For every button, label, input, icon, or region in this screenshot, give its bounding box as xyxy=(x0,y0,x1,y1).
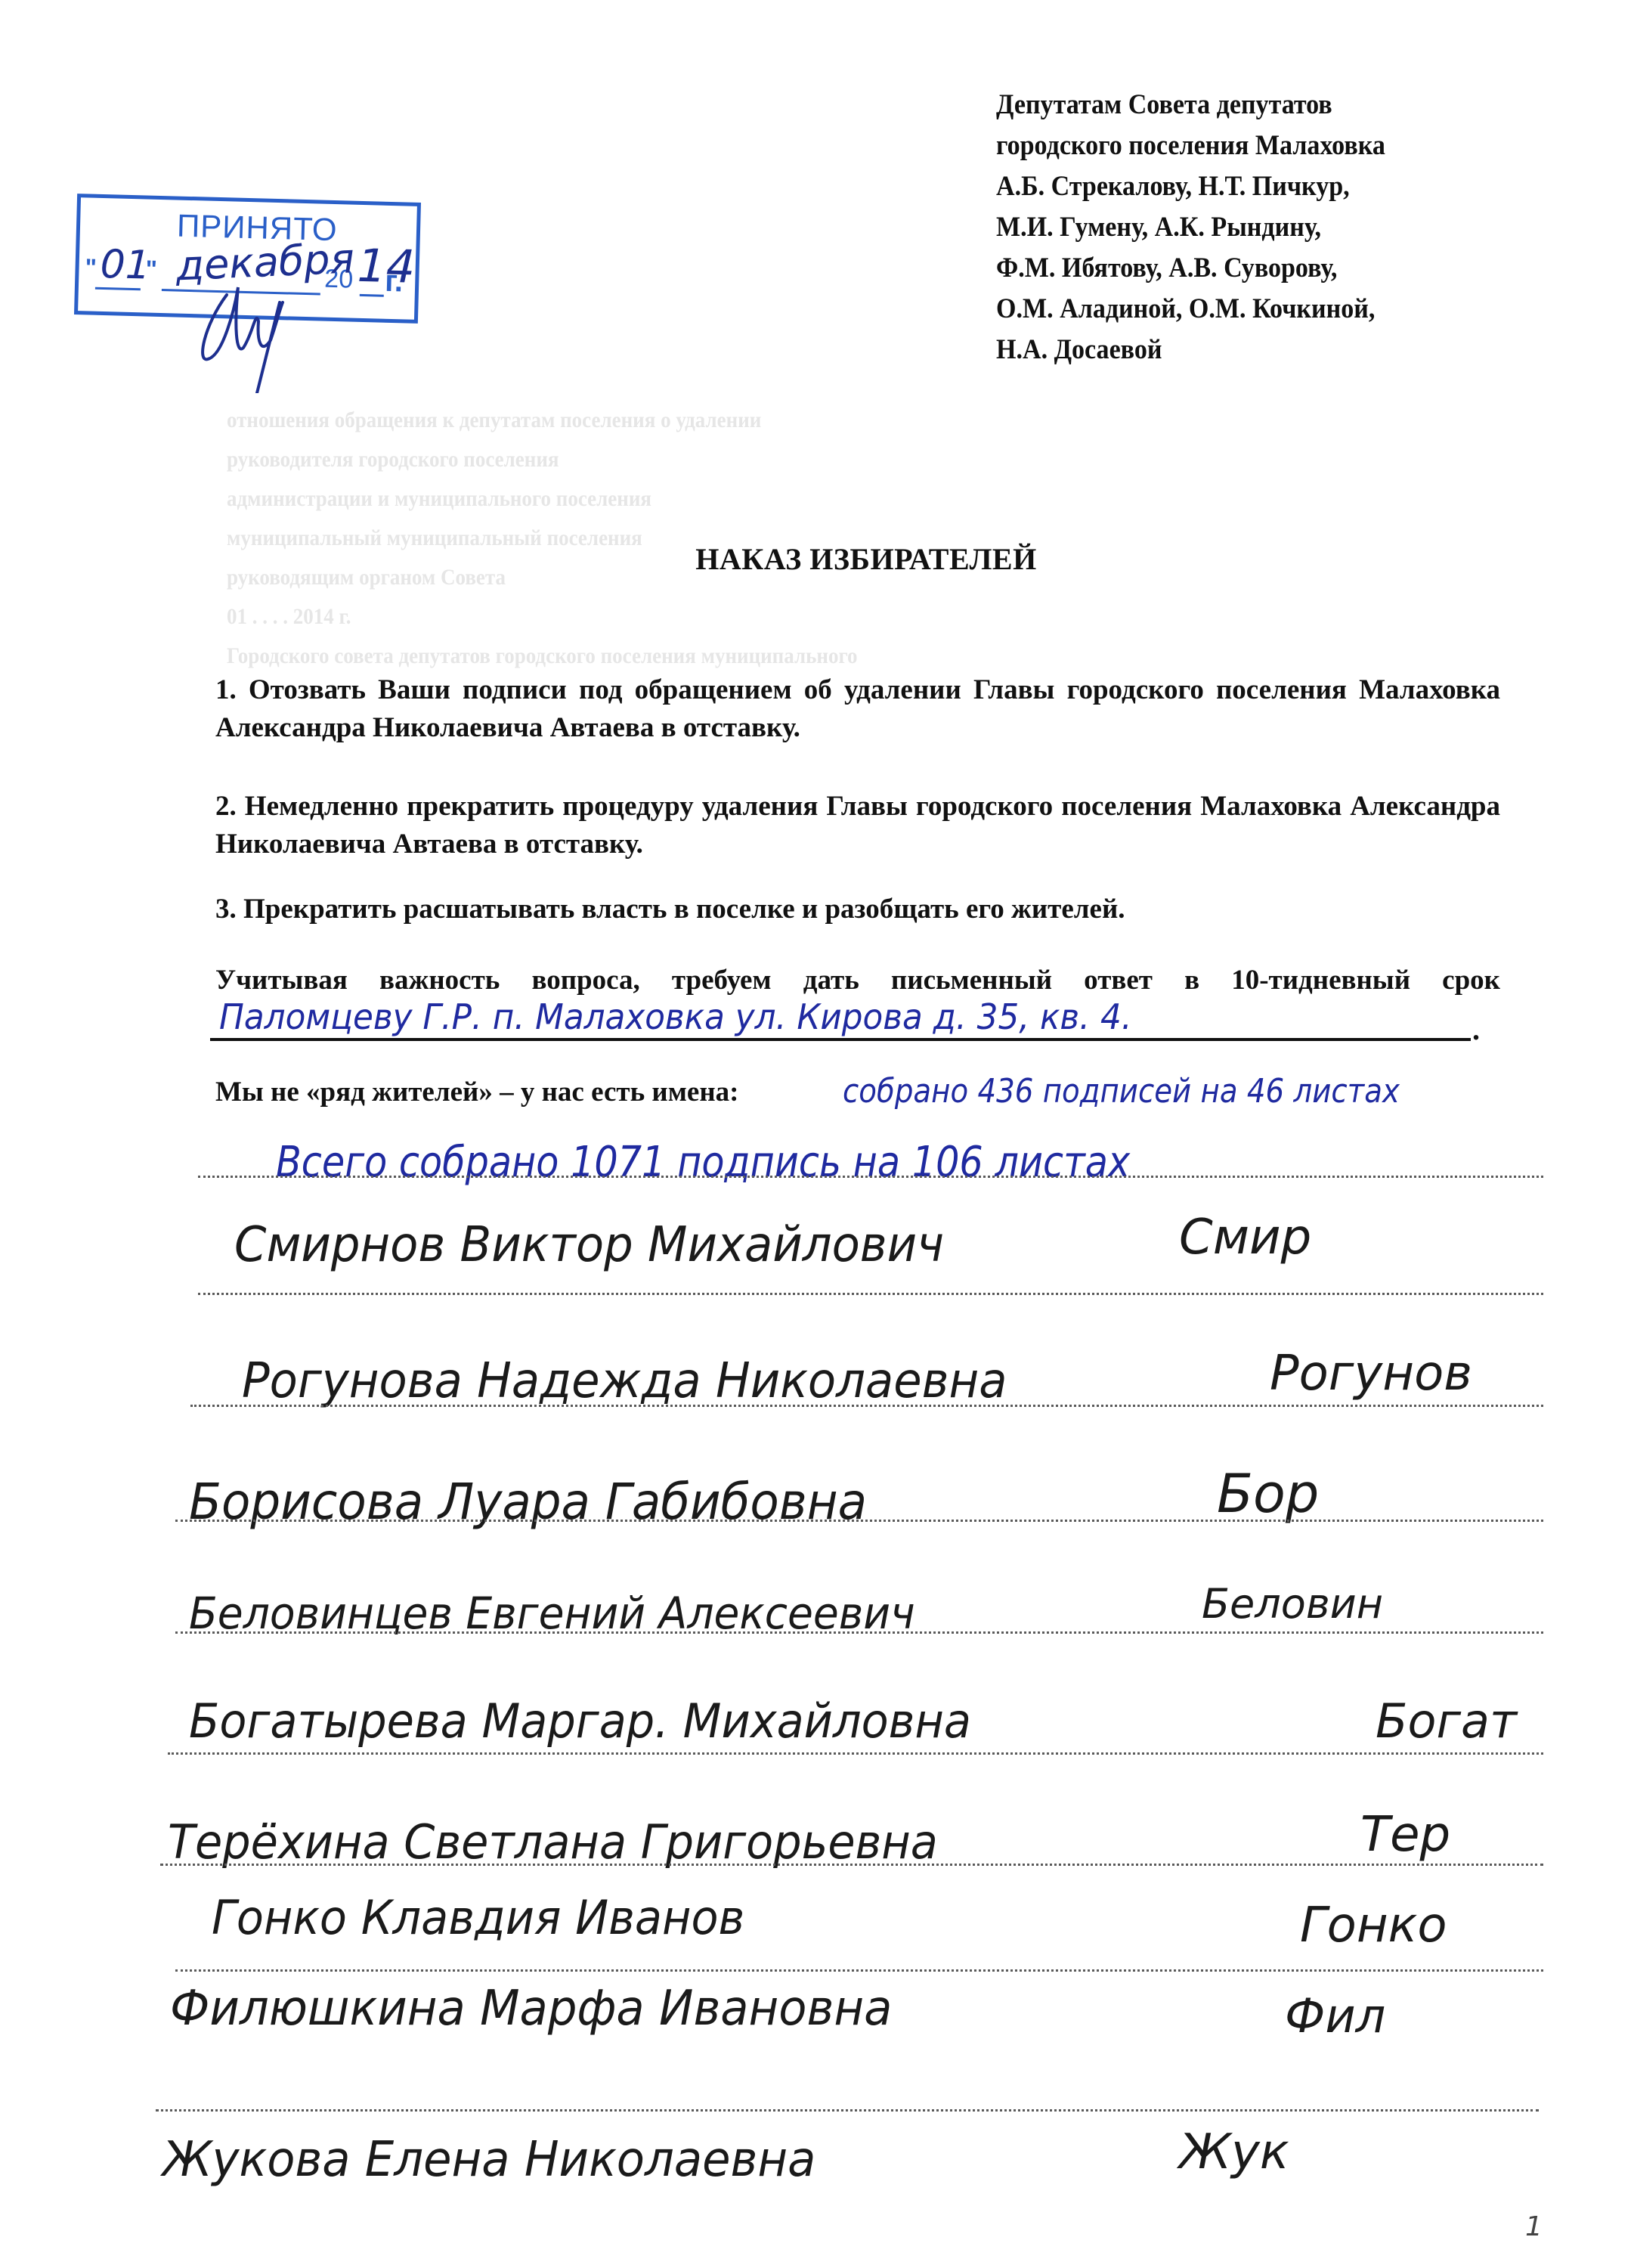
signer-name: Смирнов Виктор Михайлович xyxy=(234,1217,944,1273)
addressee-line: А.Б. Стрекалову, Н.Т. Пичкур, xyxy=(996,166,1511,207)
demand-item-3: 3. Прекратить расшатывать власть в посел… xyxy=(215,891,1500,928)
ghost-line: администрации и муниципального поселения xyxy=(227,479,651,519)
signer-signature: Бор xyxy=(1217,1463,1319,1525)
signature-line xyxy=(175,1631,1543,1634)
ghost-line: руководителя городского поселения xyxy=(227,440,559,479)
addressee-line: О.М. Аладиной, О.М. Кочкиной, xyxy=(996,289,1511,330)
ghost-line: Городского совета депутатов городского п… xyxy=(227,637,858,676)
addressee-line: Ф.М. Ибятову, А.В. Суворову, xyxy=(996,248,1511,289)
signature-line xyxy=(156,2109,1539,2112)
addressee-line: Депутатам Совета депутатов xyxy=(996,85,1511,125)
demand-item-2: 2. Немедленно прекратить процедуру удале… xyxy=(215,788,1500,863)
stamp-year-handwritten: 14 xyxy=(357,240,416,294)
signer-signature: Гонко xyxy=(1300,1898,1447,1954)
document-title: НАКАЗ ИЗБИРАТЕЛЕЙ xyxy=(0,541,1634,577)
signature-line xyxy=(175,1969,1543,1972)
signer-name: Гонко Клавдия Иванов xyxy=(212,1890,744,1945)
signer-name: Жукова Елена Николаевна xyxy=(162,2132,815,2188)
signer-name: Борисова Луара Габибовна xyxy=(189,1473,867,1531)
response-end-mark: . xyxy=(1472,1012,1480,1047)
page-number: 1 xyxy=(1525,2211,1543,2242)
signer-name: Богатырева Маргар. Михайловна xyxy=(189,1693,971,1749)
demand-item-1: 1. Отозвать Ваши подписи под обращением … xyxy=(215,671,1500,747)
stamp-quote-open: " xyxy=(85,253,97,281)
stamp-year-line xyxy=(360,294,384,297)
signer-signature: Рогунов xyxy=(1270,1346,1472,1402)
names-intro-handwritten: собрано 436 подписей на 46 листах xyxy=(843,1072,1400,1111)
signer-signature: Беловин xyxy=(1202,1580,1383,1628)
signature-line xyxy=(190,1405,1543,1407)
addressee-block: Депутатам Совета депутатов городского по… xyxy=(996,85,1511,370)
addressee-line: городского поселения Малаховка xyxy=(996,125,1511,166)
signer-signature: Жук xyxy=(1179,2124,1289,2180)
signer-signature: Смир xyxy=(1179,1210,1311,1266)
addressee-line: М.И. Гумену, А.К. Рындину, xyxy=(996,207,1511,248)
signature-line xyxy=(198,1293,1543,1295)
response-address-handwritten: Паломцеву Г.Р. п. Малаховка ул. Кирова д… xyxy=(219,996,1132,1037)
signer-signature: Фил xyxy=(1285,1988,1385,2043)
stamp-day-handwritten: 01 xyxy=(100,242,151,289)
response-request: Учитывая важность вопроса, требуем дать … xyxy=(215,962,1500,999)
signature-line xyxy=(160,1864,1543,1866)
signer-name: Рогунова Надежда Николаевна xyxy=(242,1353,1007,1409)
stamp-signature-scrawl xyxy=(181,249,287,393)
signer-signature: Богат xyxy=(1376,1693,1517,1749)
signature-line xyxy=(175,1520,1543,1522)
signer-name: Терёхина Светлана Григорьевна xyxy=(168,1814,938,1870)
total-note-handwritten: Всего собрано 1071 подпись на 106 листах xyxy=(276,1138,1130,1187)
response-address-line xyxy=(210,1038,1471,1041)
signature-line xyxy=(198,1176,1543,1178)
names-intro: Мы не «ряд жителей» – у нас есть имена: xyxy=(215,1074,738,1111)
addressee-line: Н.А. Досаевой xyxy=(996,330,1511,370)
signature-line xyxy=(168,1752,1543,1755)
signer-name: Филюшкина Марфа Ивановна xyxy=(170,1981,892,2037)
ghost-line: отношения обращения к депутатам поселени… xyxy=(227,401,761,440)
ghost-line: 01 . . . . 2014 г. xyxy=(227,597,351,637)
signer-signature: Тер xyxy=(1360,1807,1450,1863)
